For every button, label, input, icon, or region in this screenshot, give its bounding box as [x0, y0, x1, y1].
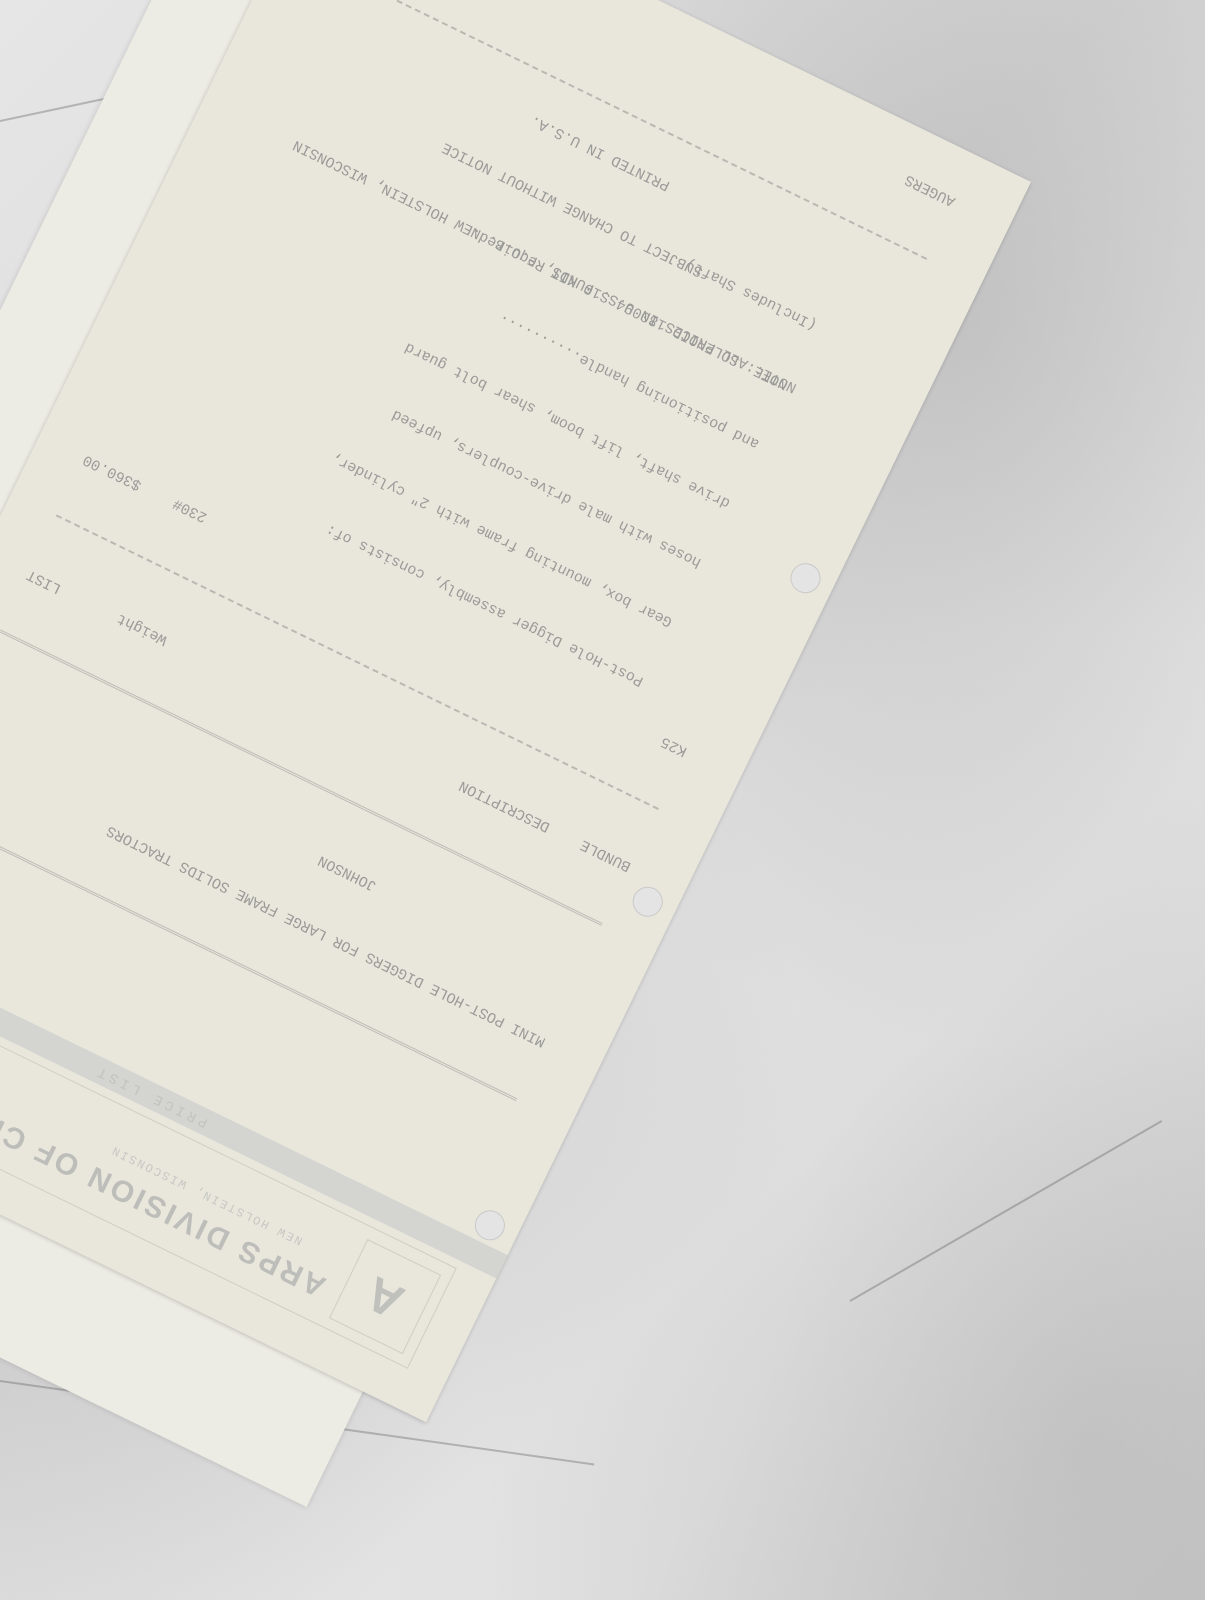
- mirrored-show-through: A ARPS DIVISION OF CHROMALLOY NEW HOLSTE…: [0, 0, 1031, 1422]
- item-code: K75: [935, 62, 1008, 112]
- col-list: LIST: [23, 563, 123, 627]
- col-weight: Weight: [113, 607, 177, 653]
- item-code: K70: [926, 82, 999, 132]
- marble-vein: [850, 1120, 1163, 1302]
- col-bundle: BUNDLE: [563, 826, 636, 876]
- divider: [428, 0, 1031, 46]
- company-logo: A: [329, 1239, 441, 1354]
- item-code: K65: [916, 102, 989, 152]
- price-list-sheet: A ARPS DIVISION OF CHROMALLOY NEW HOLSTE…: [0, 0, 1031, 1422]
